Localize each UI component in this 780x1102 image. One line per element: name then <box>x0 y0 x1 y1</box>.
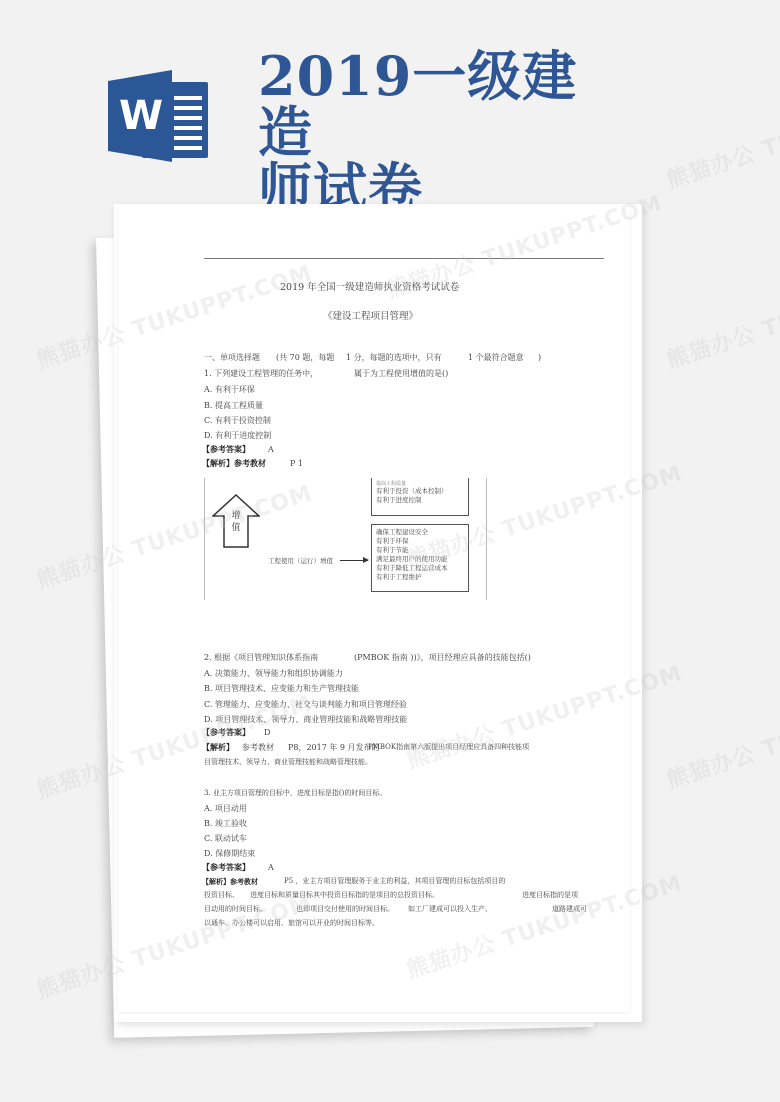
watermark: 熊猫办公 TUKUPPT.COM <box>662 76 780 195</box>
question-3-answer-label: 【参考答案】 <box>202 862 250 873</box>
question-2-analysis-label: 【解析】 <box>202 742 234 753</box>
question-3-analysis-text: 进度目标和质量目标其中投资目标指的是项目的总投资目标。 <box>250 890 439 901</box>
word-document-icon: W <box>108 70 208 162</box>
page-title: 2019一级建造 师试卷 <box>258 48 618 216</box>
construction-value-item: 有利于投资（成本控制） <box>376 487 464 496</box>
construction-value-item: 有利于进度控制 <box>376 496 464 505</box>
question-2-answer-label: 【参考答案】 <box>202 727 250 738</box>
text-line-icon <box>174 126 202 130</box>
text-line-icon <box>174 136 202 140</box>
question-3-option-c: C. 联动试车 <box>204 833 247 844</box>
question-3-analysis-text: 以通车、办公楼可以启用、旅馆可以开业的时间目标等。 <box>204 918 379 929</box>
section-header-part4: 1 个最符合题意 <box>468 352 524 363</box>
question-1-option-c: C. 有利于投资控制 <box>204 415 271 426</box>
question-3-analysis-text: 投资目标、 <box>204 890 239 901</box>
question-1-stem-cont: 属于为工程使用增值的是() <box>354 368 448 379</box>
question-1-stem: 1. 下列建设工程管理的任务中， <box>204 368 318 379</box>
diagram-left-border <box>204 478 205 600</box>
question-2-analysis-text: 目管理技术、领导力、商业管理技能和战略管理技能。 <box>204 757 372 768</box>
question-1-option-b: B. 提高工程质量 <box>204 400 263 411</box>
section-header-part5: ) <box>538 352 541 363</box>
question-1-analysis-label: 【解析】参考教材 <box>202 458 266 469</box>
operation-value-item: 有利于工程维护 <box>376 573 464 582</box>
question-2-option-d: D. 项目管理技术、领导力、商业管理技能和战略管理技能 <box>204 714 407 725</box>
question-3-analysis-text: 如工厂建成可以投入生产、 <box>408 904 492 915</box>
text-line-icon <box>174 106 202 110</box>
question-3-analysis-text: 进度目标指的是项 <box>522 890 578 901</box>
watermark: 熊猫办公 TUKUPPT.COM <box>662 256 780 375</box>
exam-title: 2019 年全国一级建造师执业资格考试试卷 <box>280 282 459 293</box>
document-page: 2019 年全国一级建造师执业资格考试试卷 《建设工程项目管理》 一、单项选择题… <box>118 206 630 1012</box>
construction-value-box: 提高工程质量 有利于投资（成本控制） 有利于进度控制 <box>371 478 469 516</box>
question-3-answer: A <box>268 862 274 873</box>
question-3-analysis-text: 也即项目交付使用的时间目标。 <box>296 904 394 915</box>
operation-value-box: 确保工程建设安全 有利于环保 有利于节能 满足最终用户的使用功能 有利于降低工程… <box>371 524 469 592</box>
section-header-part3: 1 分，每题的选项中，只有 <box>346 352 442 363</box>
diagram-right-border <box>486 478 487 600</box>
question-3-analysis-text: P5 ，业主方项目管理服务于业主的利益，其项目管理的目标包括项目的 <box>284 876 505 887</box>
word-w-letter: W <box>118 94 164 138</box>
question-2-stem-cont: (PMBOK 指南 ))》，项目经理应具备的技能包括() <box>354 652 531 663</box>
operation-value-item: 有利于环保 <box>376 537 464 546</box>
operation-value-item: 确保工程建设安全 <box>376 528 464 537</box>
question-3-option-d: D. 保修期结束 <box>204 848 255 859</box>
question-3-analysis-text: 目动用的时间目标。 <box>204 904 267 915</box>
question-2-analysis-text: PMBOK指南第六版提出项目经理应具备四种技能项 <box>368 742 529 753</box>
question-1-analysis-ref: P 1 <box>290 458 303 469</box>
title-line-1: 2019一级建造 <box>258 48 618 160</box>
question-3-analysis-text: 道路建成可 <box>552 904 587 915</box>
question-1-answer-label: 【参考答案】 <box>202 444 250 455</box>
question-2-answer: D <box>264 727 270 738</box>
value-added-char-1: 增 <box>226 510 246 522</box>
question-3-analysis-label: 【解析】参考教材 <box>202 876 258 887</box>
question-2-option-c: C. 管理能力、应变能力、社交与谈判能力和项目管理经验 <box>204 699 407 710</box>
question-1-answer: A <box>268 444 274 455</box>
question-2-option-b: B. 项目管理技术、应变能力和生产管理技能 <box>204 683 359 694</box>
question-3-option-a: A. 项目动用 <box>204 803 247 814</box>
right-arrow-icon <box>340 560 368 561</box>
question-2-analysis-text: P8，2017 年 9 月发布的 <box>288 742 380 753</box>
question-1-option-d: D. 有利于进度控制 <box>204 430 271 441</box>
watermark: 熊猫办公 TUKUPPT.COM <box>662 676 780 795</box>
section-header-part2: (共 70 题，每题 <box>276 352 334 363</box>
operation-value-item: 有利于节能 <box>376 546 464 555</box>
question-1-option-a: A. 有利于环保 <box>204 384 255 395</box>
section-header-part1: 一、单项选择题 <box>204 352 260 363</box>
question-2-stem: 2. 根据《项目管理知识体系指南 <box>204 652 318 663</box>
question-2-option-a: A. 决策能力、领导能力和组织协调能力 <box>204 668 343 679</box>
value-added-label: 增 值 <box>226 510 246 534</box>
question-2-analysis-ref: 参考教材 <box>242 742 274 753</box>
header-rule <box>204 258 604 259</box>
exam-subject: 《建设工程项目管理》 <box>323 311 418 322</box>
operation-value-item: 满足最终用户的使用功能 <box>376 555 464 564</box>
question-3-stem: 3. 业主方项目管理的目标中，进度目标是指()的时间目标。 <box>204 788 386 799</box>
value-added-char-2: 值 <box>226 522 246 534</box>
question-3-option-b: B. 竣工验收 <box>204 818 247 829</box>
text-line-icon <box>174 96 202 100</box>
operation-value-label: 工程使用（运行）增值 <box>268 556 333 567</box>
text-line-icon <box>174 146 202 150</box>
operation-value-item: 有利于降低工程运营成本 <box>376 564 464 573</box>
text-line-icon <box>174 116 202 120</box>
